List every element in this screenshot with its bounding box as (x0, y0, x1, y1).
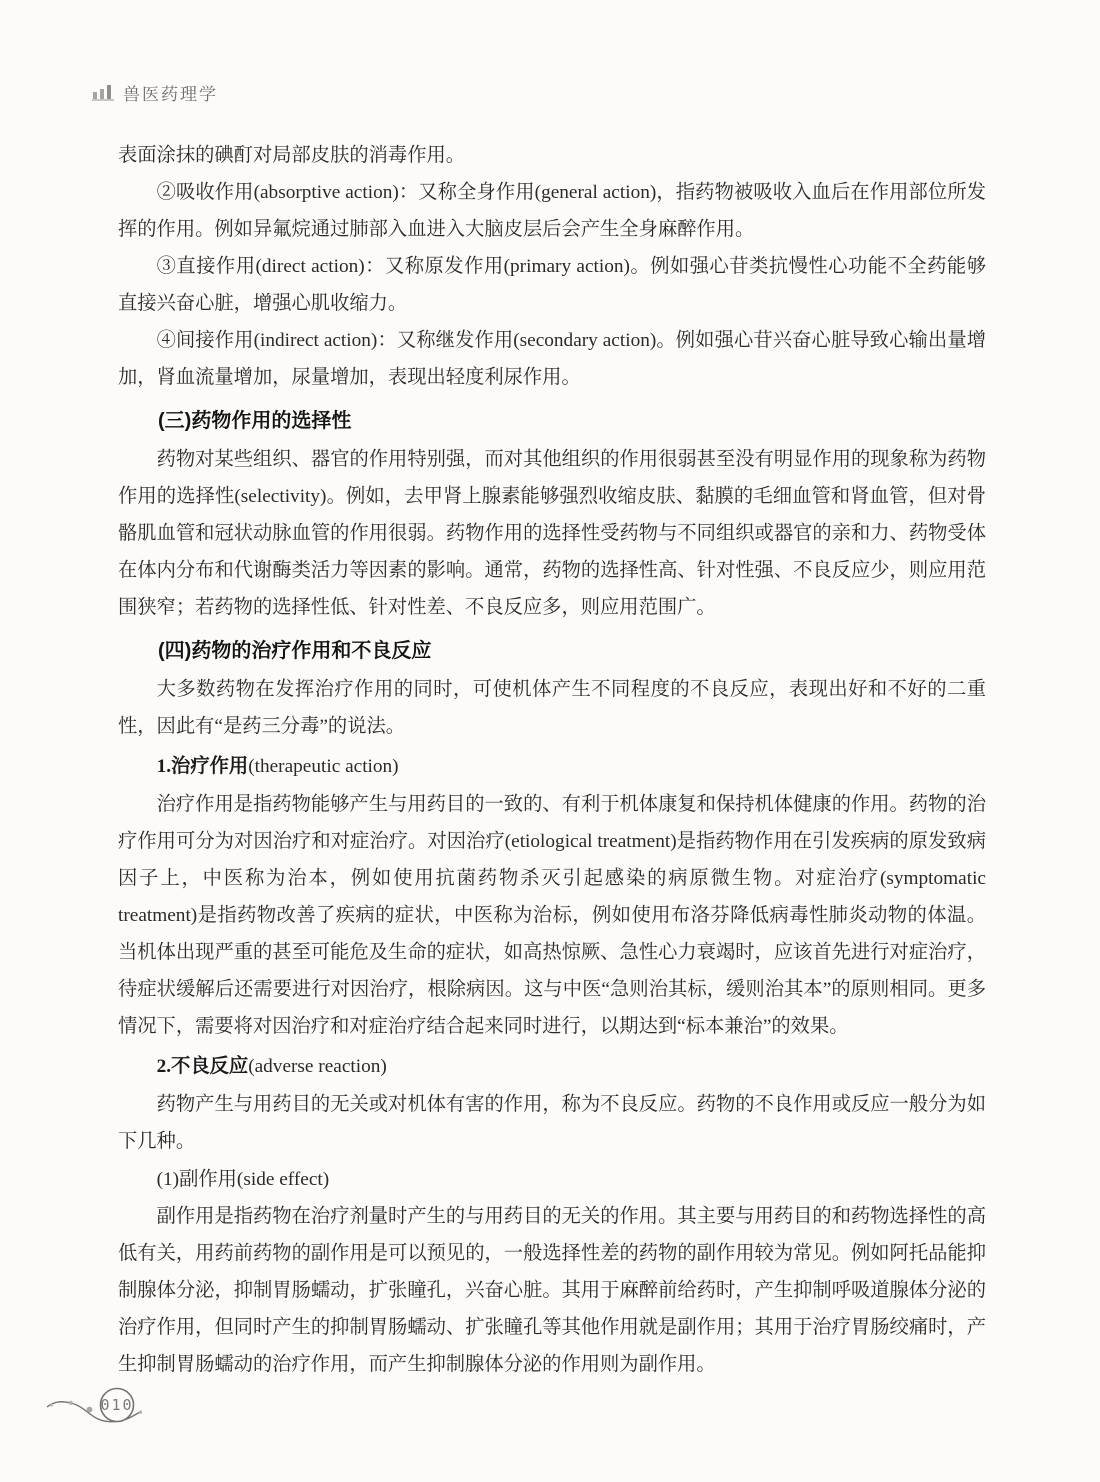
subsection-heading-2: 2.不良反应(adverse reaction) (118, 1048, 986, 1085)
paragraph: ②吸收作用(absorptive action)：又称全身作用(general … (118, 174, 986, 248)
paragraph: ③直接作用(direct action)：又称原发作用(primary acti… (118, 248, 986, 322)
paragraph: 治疗作用是指药物能够产生与用药目的一致的、有利于机体康复和保持机体健康的作用。药… (118, 786, 986, 1045)
page-number: 010 (95, 1394, 139, 1416)
section-heading-3: (三)药物作用的选择性 (118, 403, 986, 440)
book-title: 兽医药理学 (123, 80, 218, 105)
subsection-heading-latin: (adverse reaction) (248, 1056, 387, 1077)
bar-chart-icon (92, 84, 114, 101)
page-footer: 010 (34, 1376, 214, 1440)
ornament-dot (87, 1407, 93, 1413)
ornament-dot (69, 1401, 73, 1405)
subsection-heading-bold: 2.不良反应 (157, 1056, 249, 1077)
page-content: 表面涂抹的碘酊对局部皮肤的消毒作用。 ②吸收作用(absorptive acti… (118, 137, 986, 1383)
section-heading-4: (四)药物的治疗作用和不良反应 (118, 633, 986, 670)
ornament-dot (139, 1411, 142, 1414)
bar-chart-icon-baseline (92, 99, 114, 101)
paragraph: 大多数药物在发挥治疗作用的同时，可使机体产生不同程度的不良反应，表现出好和不好的… (118, 671, 986, 745)
paragraph: 药物对某些组织、器官的作用特别强，而对其他组织的作用很弱甚至没有明显作用的现象称… (118, 441, 986, 626)
paragraph-continuation: 表面涂抹的碘酊对局部皮肤的消毒作用。 (118, 137, 986, 174)
ornament-dot (50, 1404, 53, 1407)
subsection-heading-latin: (therapeutic action) (248, 756, 398, 777)
paragraph: ④间接作用(indirect action)：又称继发作用(secondary … (118, 322, 986, 396)
subsection-heading-1: 1.治疗作用(therapeutic action) (118, 748, 986, 785)
bar-chart-icon-bar (93, 92, 97, 99)
paragraph: 副作用是指药物在治疗剂量时产生的与用药目的无关的作用。其主要与用药目的和药物选择… (118, 1198, 986, 1383)
page-header: 兽医药理学 (92, 80, 218, 105)
bar-chart-icon-bar (107, 85, 111, 99)
paragraph: 药物产生与用药目的无关或对机体有害的作用，称为不良反应。药物的不良作用或反应一般… (118, 1086, 986, 1160)
bar-chart-icon-bar (100, 89, 104, 99)
book-page: 兽医药理学 表面涂抹的碘酊对局部皮肤的消毒作用。 ②吸收作用(absorptiv… (0, 0, 1100, 1482)
list-item-heading: (1)副作用(side effect) (118, 1161, 986, 1198)
subsection-heading-bold: 1.治疗作用 (157, 756, 249, 777)
